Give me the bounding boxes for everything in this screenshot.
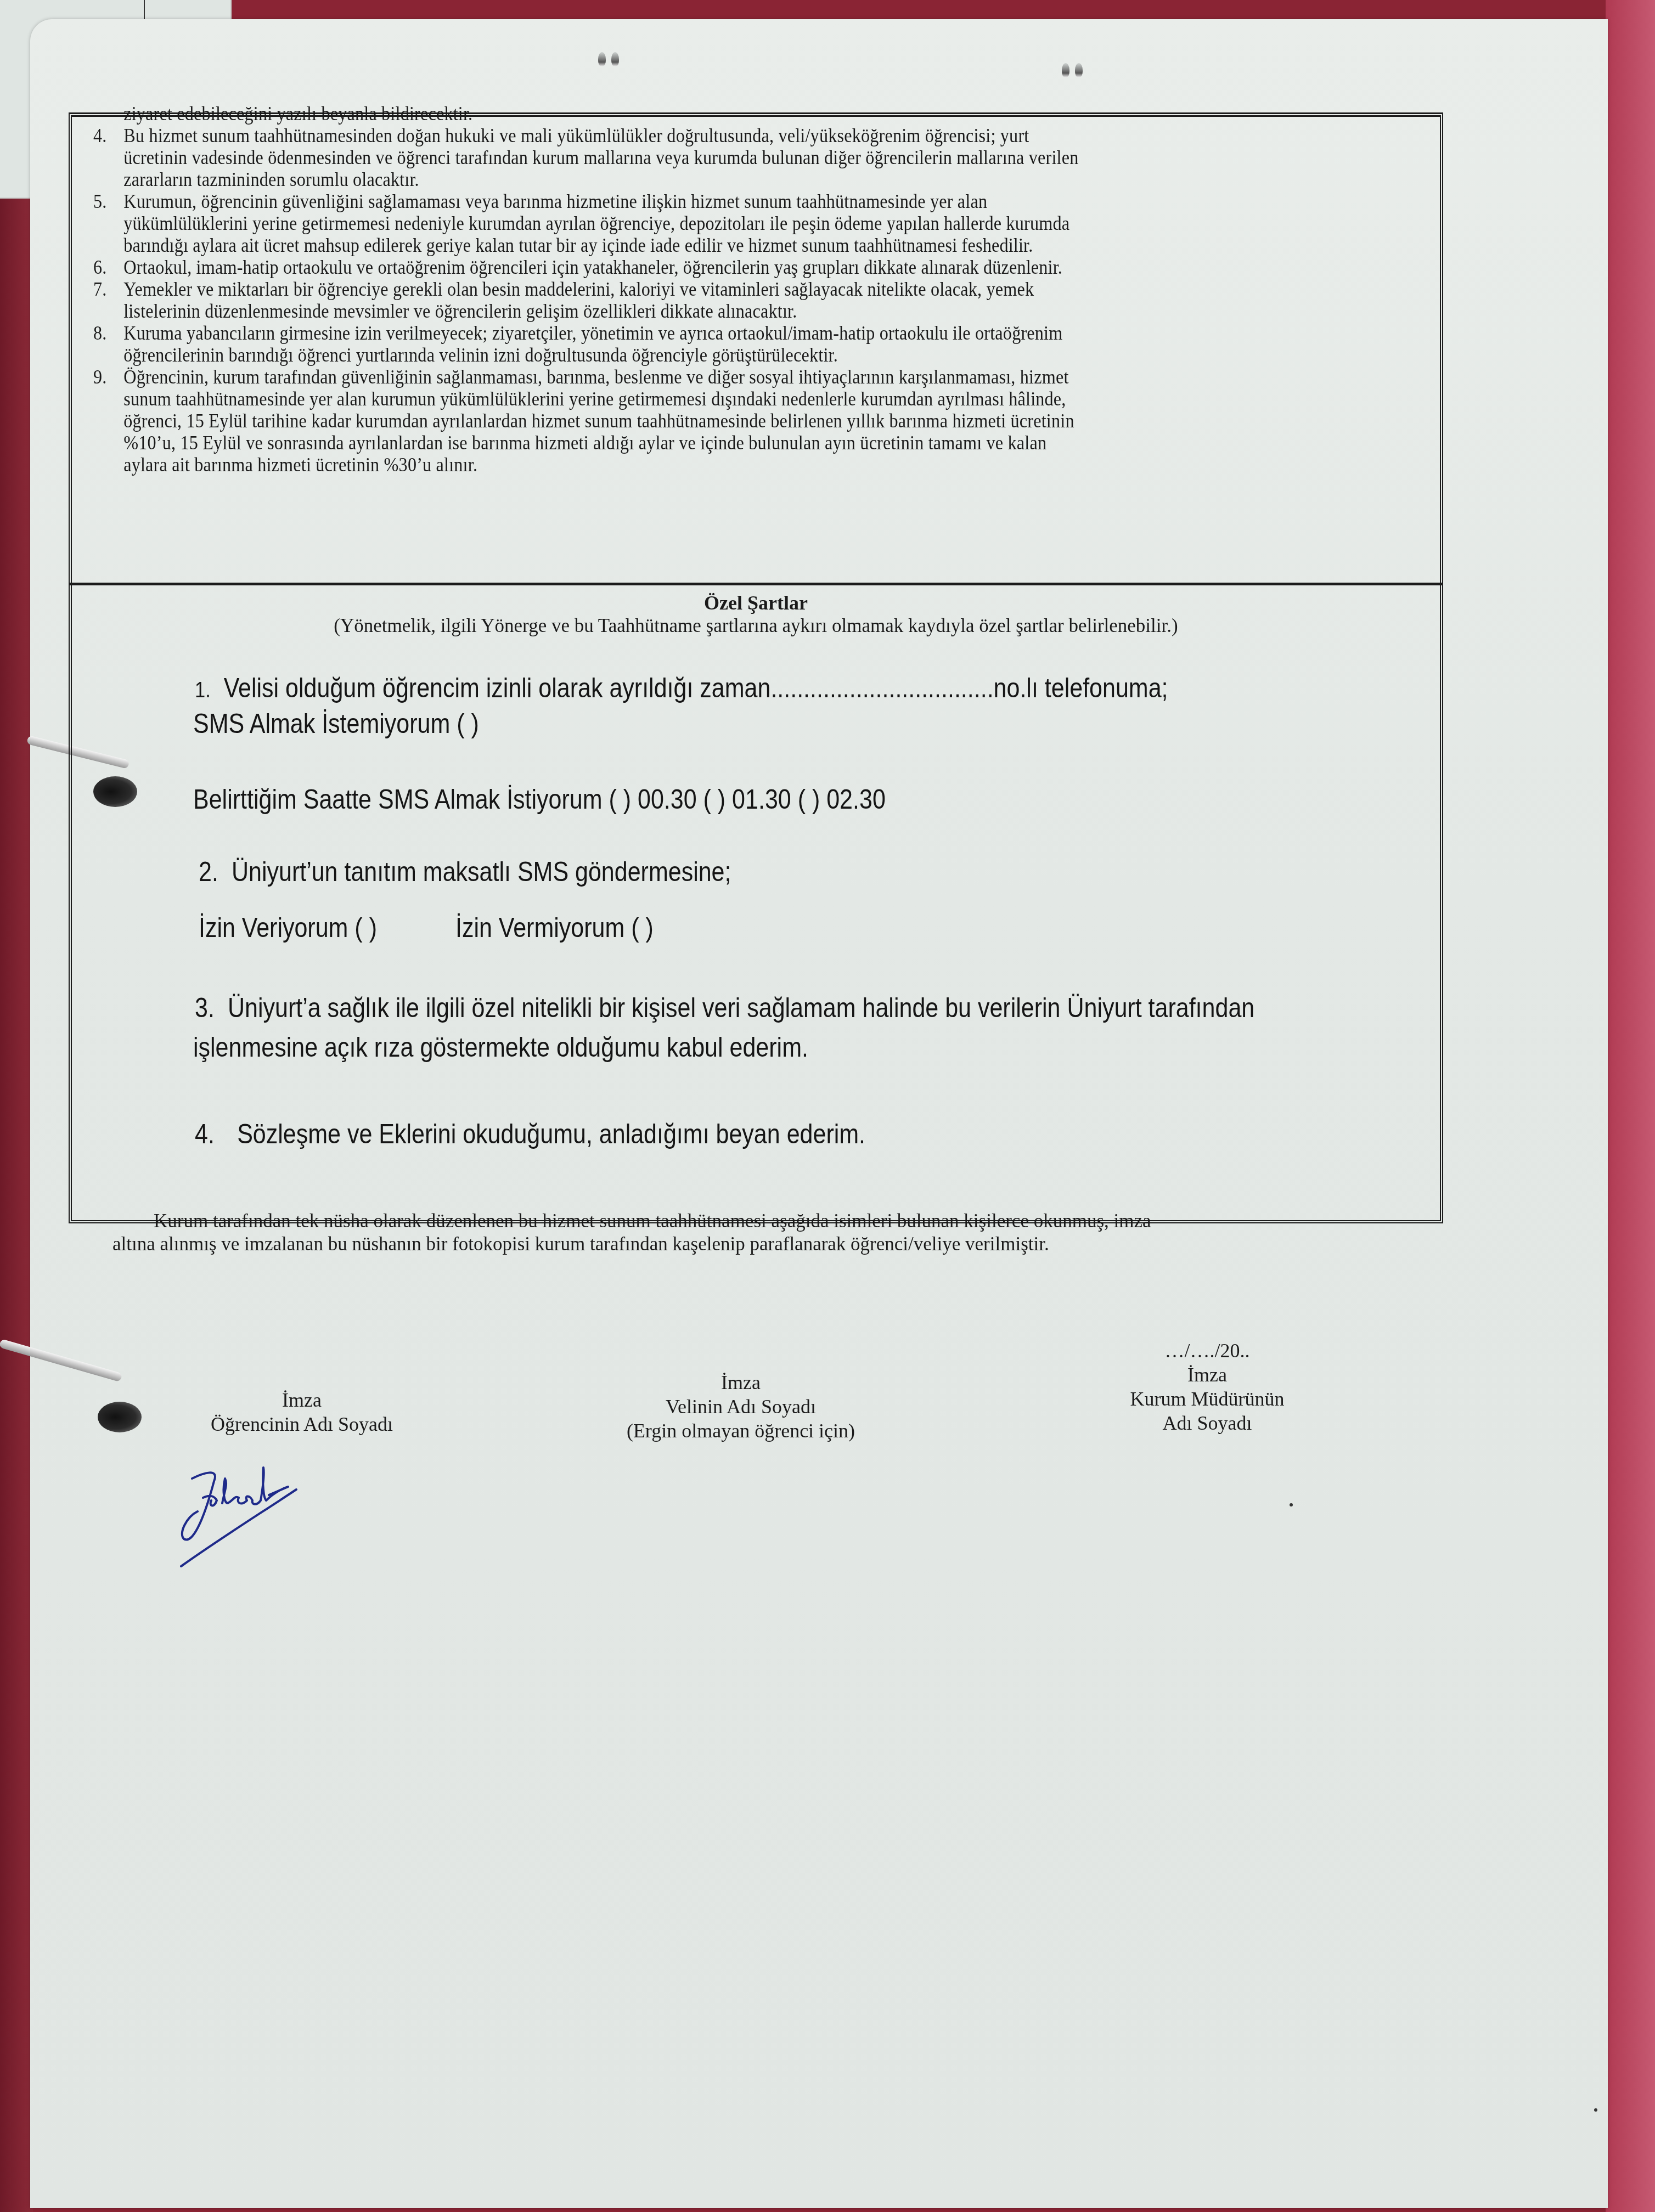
term-line: öğrencilerinin barındığı öğrenci yurtlar… — [93, 345, 1325, 366]
term-text: Ortaokul, imam-hatip ortaokulu ve ortaöğ… — [123, 257, 1325, 279]
special-conditions-title: Özel Şartlar — [69, 591, 1443, 614]
student-signature-block: İmza Öğrencinin Adı Soyadı — [176, 1388, 428, 1436]
special-item-4: 4.Sözleşme ve Eklerini okuduğumu, anladı… — [195, 1118, 865, 1150]
director-date: …/…./20.. — [1087, 1339, 1328, 1363]
special-item-3-line2: işlenmesine açık rıza göstermekte olduğu… — [193, 1031, 808, 1063]
term-text: listelerinin düzenlenmesinde mevsimler v… — [93, 301, 1325, 323]
term-line: 8.Kuruma yabancıların girmesine izin ver… — [93, 323, 1325, 345]
handwritten-signature — [170, 1457, 379, 1572]
term-line: aylara ait barınma hizmeti ücretinin %30… — [93, 454, 1325, 476]
term-line: sunum taahhütnamesinde yer alan kurumun … — [93, 388, 1325, 410]
term-number: 4. — [93, 125, 123, 147]
director-signature-label: İmza — [1087, 1363, 1328, 1387]
term-line: zararların tazmininden sorumlu olacaktır… — [93, 169, 1325, 191]
term-text: aylara ait barınma hizmeti ücretinin %30… — [93, 454, 1325, 476]
term-line: öğrenci, 15 Eylül tarihine kadar kurumda… — [93, 410, 1325, 432]
term-line: ziyaret edebileceğini yazılı beyanla bil… — [93, 103, 1325, 125]
term-text: sunum taahhütnamesinde yer alan kurumun … — [93, 388, 1325, 410]
parent-signature-label: İmza — [593, 1370, 889, 1395]
term-text: Kurumun, öğrencinin güvenliğini sağlamam… — [123, 191, 1325, 213]
special-item-1-number: 1. — [195, 678, 211, 702]
term-text: öğrencilerinin barındığı öğrenci yurtlar… — [93, 345, 1325, 366]
parent-note: (Ergin olmayan öğrenci için) — [593, 1419, 889, 1443]
section-divider — [69, 583, 1443, 585]
director-name-label-2: Adı Soyadı — [1087, 1411, 1328, 1435]
special-item-3-line1: Üniyurt’a sağlık ile ilgili özel nitelik… — [228, 992, 1254, 1023]
footnote-line-1: Kurum tarafından tek nüsha olarak düzenl… — [112, 1210, 1440, 1233]
table-surface-left — [0, 0, 33, 2212]
special-item-1: 1.Velisi olduğum öğrencim izinli olarak … — [195, 672, 1168, 704]
term-line: barındığı aylara ait ücret mahsup ediler… — [93, 235, 1325, 257]
parent-signature-block: İmza Velinin Adı Soyadı (Ergin olmayan ö… — [593, 1370, 889, 1443]
term-text: öğrenci, 15 Eylül tarihine kadar kurumda… — [93, 410, 1325, 432]
term-text: ziyaret edebileceğini yazılı beyanla bil… — [93, 103, 1325, 125]
student-signature-label: İmza — [176, 1388, 428, 1412]
term-text: barındığı aylara ait ücret mahsup ediler… — [93, 235, 1325, 257]
option-allow-sms[interactable]: İzin Veriyorum ( ) — [199, 912, 377, 944]
special-item-2-number: 2. — [199, 856, 218, 887]
option-deny-sms[interactable]: İzin Vermiyorum ( ) — [455, 912, 654, 944]
parent-name-label: Velinin Adı Soyadı — [593, 1395, 889, 1419]
term-text: %10’u, 15 Eylül ve sonrasında ayrılanlar… — [93, 432, 1325, 454]
staple-mark — [598, 52, 624, 69]
term-number: 9. — [93, 366, 123, 388]
option-no-sms[interactable]: SMS Almak İstemiyorum ( ) — [193, 708, 479, 740]
special-item-2: 2.Üniyurt’un tanıtım maksatlı SMS gönder… — [199, 856, 731, 888]
special-item-3: 3.Üniyurt’a sağlık ile ilgili özel nitel… — [195, 992, 1254, 1024]
special-conditions-header: Özel Şartlar (Yönetmelik, ilgili Yönerge… — [69, 591, 1443, 637]
term-line: 4.Bu hizmet sunum taahhütnamesinden doğa… — [93, 125, 1325, 147]
term-number: 8. — [93, 323, 123, 345]
term-line: listelerinin düzenlenmesinde mevsimler v… — [93, 301, 1325, 323]
special-item-4-text: Sözleşme ve Eklerini okuduğumu, anladığı… — [237, 1119, 865, 1149]
table-surface-right — [1606, 0, 1655, 2212]
term-number: 7. — [93, 279, 123, 301]
term-line: 7.Yemekler ve miktarları bir öğrenciye g… — [93, 279, 1325, 301]
term-line: 5.Kurumun, öğrencinin güvenliğini sağlam… — [93, 191, 1325, 213]
director-name-label-1: Kurum Müdürünün — [1087, 1387, 1328, 1411]
term-line: 9.Öğrencinin, kurum tarafından güvenliği… — [93, 366, 1325, 388]
special-conditions-subtitle: (Yönetmelik, ilgili Yönerge ve bu Taahhü… — [69, 614, 1443, 637]
paper-speck — [1290, 1503, 1293, 1506]
special-item-1-text: Velisi olduğum öğrencim izinli olarak ay… — [224, 673, 1168, 703]
term-text: Bu hizmet sunum taahhütnamesinden doğan … — [123, 125, 1325, 147]
special-item-2-text: Üniyurt’un tanıtım maksatlı SMS gönderme… — [232, 856, 731, 887]
student-name-label: Öğrencinin Adı Soyadı — [176, 1412, 428, 1436]
footnote: Kurum tarafından tek nüsha olarak düzenl… — [112, 1210, 1440, 1256]
term-text: ücretinin vadesinde ödenmesinden ve öğre… — [93, 147, 1325, 169]
term-text: yükümlülüklerini yerine getirmemesi nede… — [93, 213, 1325, 235]
special-item-4-number: 4. — [195, 1119, 215, 1149]
staple-mark — [1062, 63, 1088, 80]
term-text: Yemekler ve miktarları bir öğrenciye ger… — [123, 279, 1325, 301]
term-line: 6.Ortaokul, imam-hatip ortaokulu ve orta… — [93, 257, 1325, 279]
paper-speck — [1594, 2108, 1597, 2112]
option-sms-at-time[interactable]: Belirttiğim Saatte SMS Almak İstiyorum (… — [193, 783, 886, 815]
special-item-3-number: 3. — [195, 992, 215, 1023]
term-text: Öğrencinin, kurum tarafından güvenliğini… — [123, 366, 1325, 388]
term-text: Kuruma yabancıların girmesine izin veril… — [123, 323, 1325, 345]
punch-hole — [98, 1402, 142, 1432]
term-number: 6. — [93, 257, 123, 279]
term-line: %10’u, 15 Eylül ve sonrasında ayrılanlar… — [93, 432, 1325, 454]
footnote-line-2: altına alınmış ve imzalanan bu nüshanın … — [112, 1233, 1440, 1256]
term-line: yükümlülüklerini yerine getirmemesi nede… — [93, 213, 1325, 235]
term-number: 5. — [93, 191, 123, 213]
term-text: zararların tazmininden sorumlu olacaktır… — [93, 169, 1325, 191]
term-line: ücretinin vadesinde ödenmesinden ve öğre… — [93, 147, 1325, 169]
director-signature-block: …/…./20.. İmza Kurum Müdürünün Adı Soyad… — [1087, 1339, 1328, 1435]
terms-list: ziyaret edebileceğini yazılı beyanla bil… — [93, 103, 1325, 476]
